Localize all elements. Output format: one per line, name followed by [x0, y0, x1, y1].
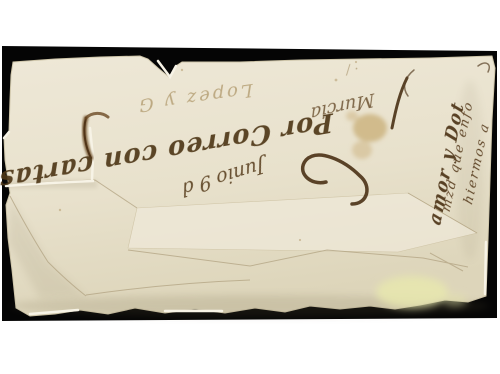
cover-photo: Lopez y G · ∕ Murcia Por Correo con cart…	[0, 0, 500, 374]
cover-photo-artwork	[0, 0, 500, 374]
